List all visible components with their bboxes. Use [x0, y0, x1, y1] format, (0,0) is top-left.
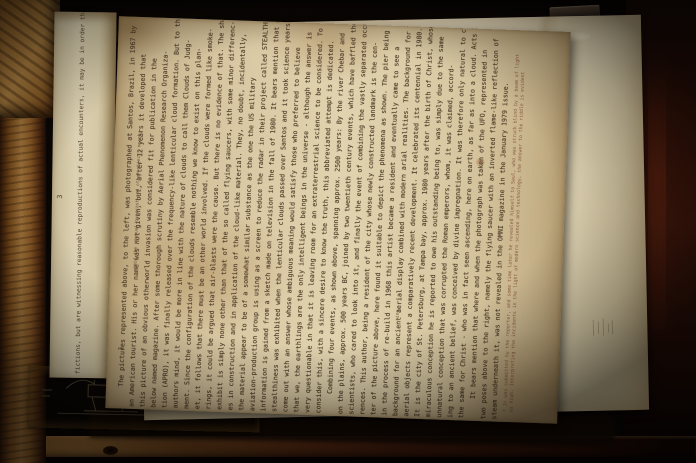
typed-manuscript-page: 1 The pictures represented above, to the…: [105, 16, 570, 424]
wood-highlight: [648, 70, 666, 330]
page-number: 3: [54, 20, 67, 374]
typed-line: fictions, but are witnessing reasonable …: [75, 20, 88, 374]
underlying-page-text-block: 3 fictions, but are witnessing reasonabl…: [54, 20, 88, 374]
pencil-scribble: [590, 315, 616, 340]
box-corner-wood: [0, 0, 60, 118]
wood-knot: [103, 446, 118, 455]
photo-of-typed-page-in-wooden-box: 3 fictions, but are witnessing reasonabl…: [0, 0, 696, 463]
typed-text-block: 1 The pictures represented above, to the…: [115, 21, 529, 421]
interlinear-insertion: ing: [396, 310, 401, 318]
box-bottom-edge-shadow: [0, 457, 696, 463]
underlying-page-edge: 3 fictions, but are witnessing reasonabl…: [49, 12, 116, 379]
typed-lines: The pictures represented above, to the l…: [115, 21, 513, 420]
